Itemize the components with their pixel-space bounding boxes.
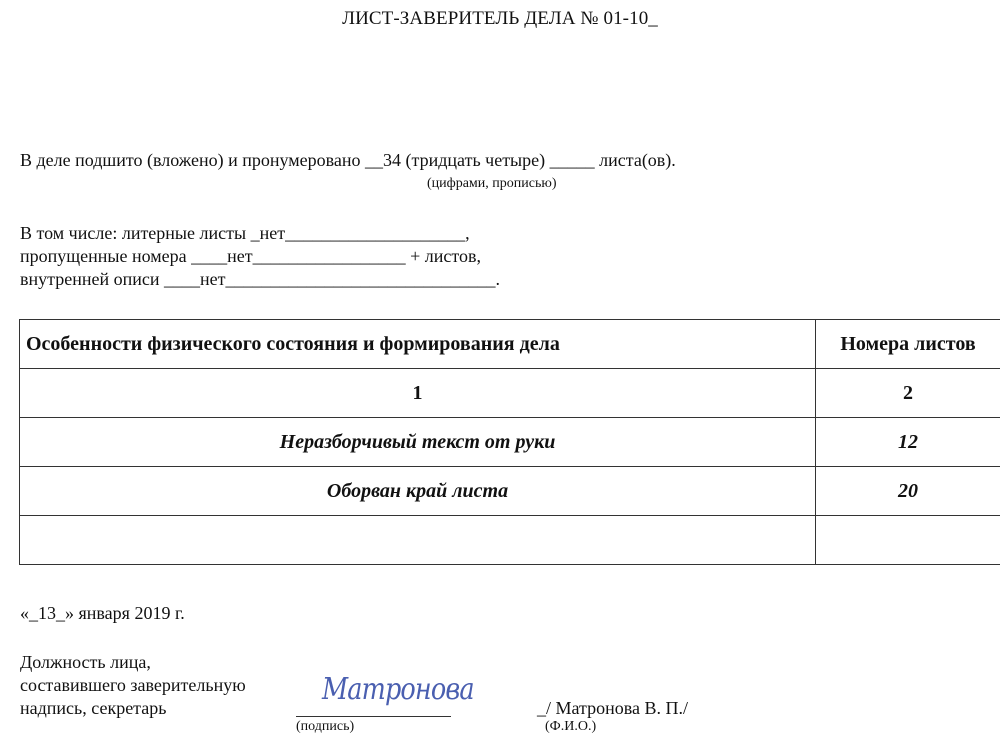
cell-feature: Неразборчивый текст от руки (20, 418, 816, 467)
cell-feature: Оборван край листа (20, 467, 816, 516)
cell-feature: 1 (20, 369, 816, 418)
cell-sheet-number: 20 (816, 467, 1000, 516)
cell-sheet-number: 12 (816, 418, 1000, 467)
sheet-count-hint: (цифрами, прописью) (427, 176, 556, 192)
table-header-row: Особенности физического состояния и форм… (20, 320, 1000, 369)
handwritten-signature: Матронова (322, 672, 474, 707)
position-line-1: Должность лица, (20, 652, 151, 673)
cell-sheet-number (816, 516, 1000, 565)
fio-label: (Ф.И.О.) (545, 719, 596, 735)
cell-sheet-number: 2 (816, 369, 1000, 418)
header-features: Особенности физического состояния и форм… (20, 320, 816, 369)
position-line-2: составившего заверительную (20, 675, 246, 696)
table-row (20, 516, 1000, 565)
position-line-3: надпись, секретарь (20, 698, 166, 719)
sheet-count-line: В деле подшито (вложено) и пронумеровано… (20, 150, 676, 171)
fio-value: _/ Матронова В. П./ (537, 698, 688, 719)
cell-feature (20, 516, 816, 565)
missing-numbers-line: пропущенные номера ____нет______________… (20, 246, 481, 267)
signature-underline (296, 716, 451, 717)
table-row: Неразборчивый текст от руки 12 (20, 418, 1000, 467)
table-row: 1 2 (20, 369, 1000, 418)
document-date: «_13_» января 2019 г. (20, 603, 185, 624)
literal-sheets-line: В том числе: литерные листы _нет________… (20, 223, 470, 244)
header-sheet-numbers: Номера листов (816, 320, 1000, 369)
table-row: Оборван край листа 20 (20, 467, 1000, 516)
physical-state-table: Особенности физического состояния и форм… (19, 319, 1000, 565)
signature-label: (подпись) (296, 719, 354, 735)
internal-inventory-line: внутренней описи ____нет________________… (20, 269, 500, 290)
document-title: ЛИСТ-ЗАВЕРИТЕЛЬ ДЕЛА № 01-10_ (0, 8, 1000, 30)
